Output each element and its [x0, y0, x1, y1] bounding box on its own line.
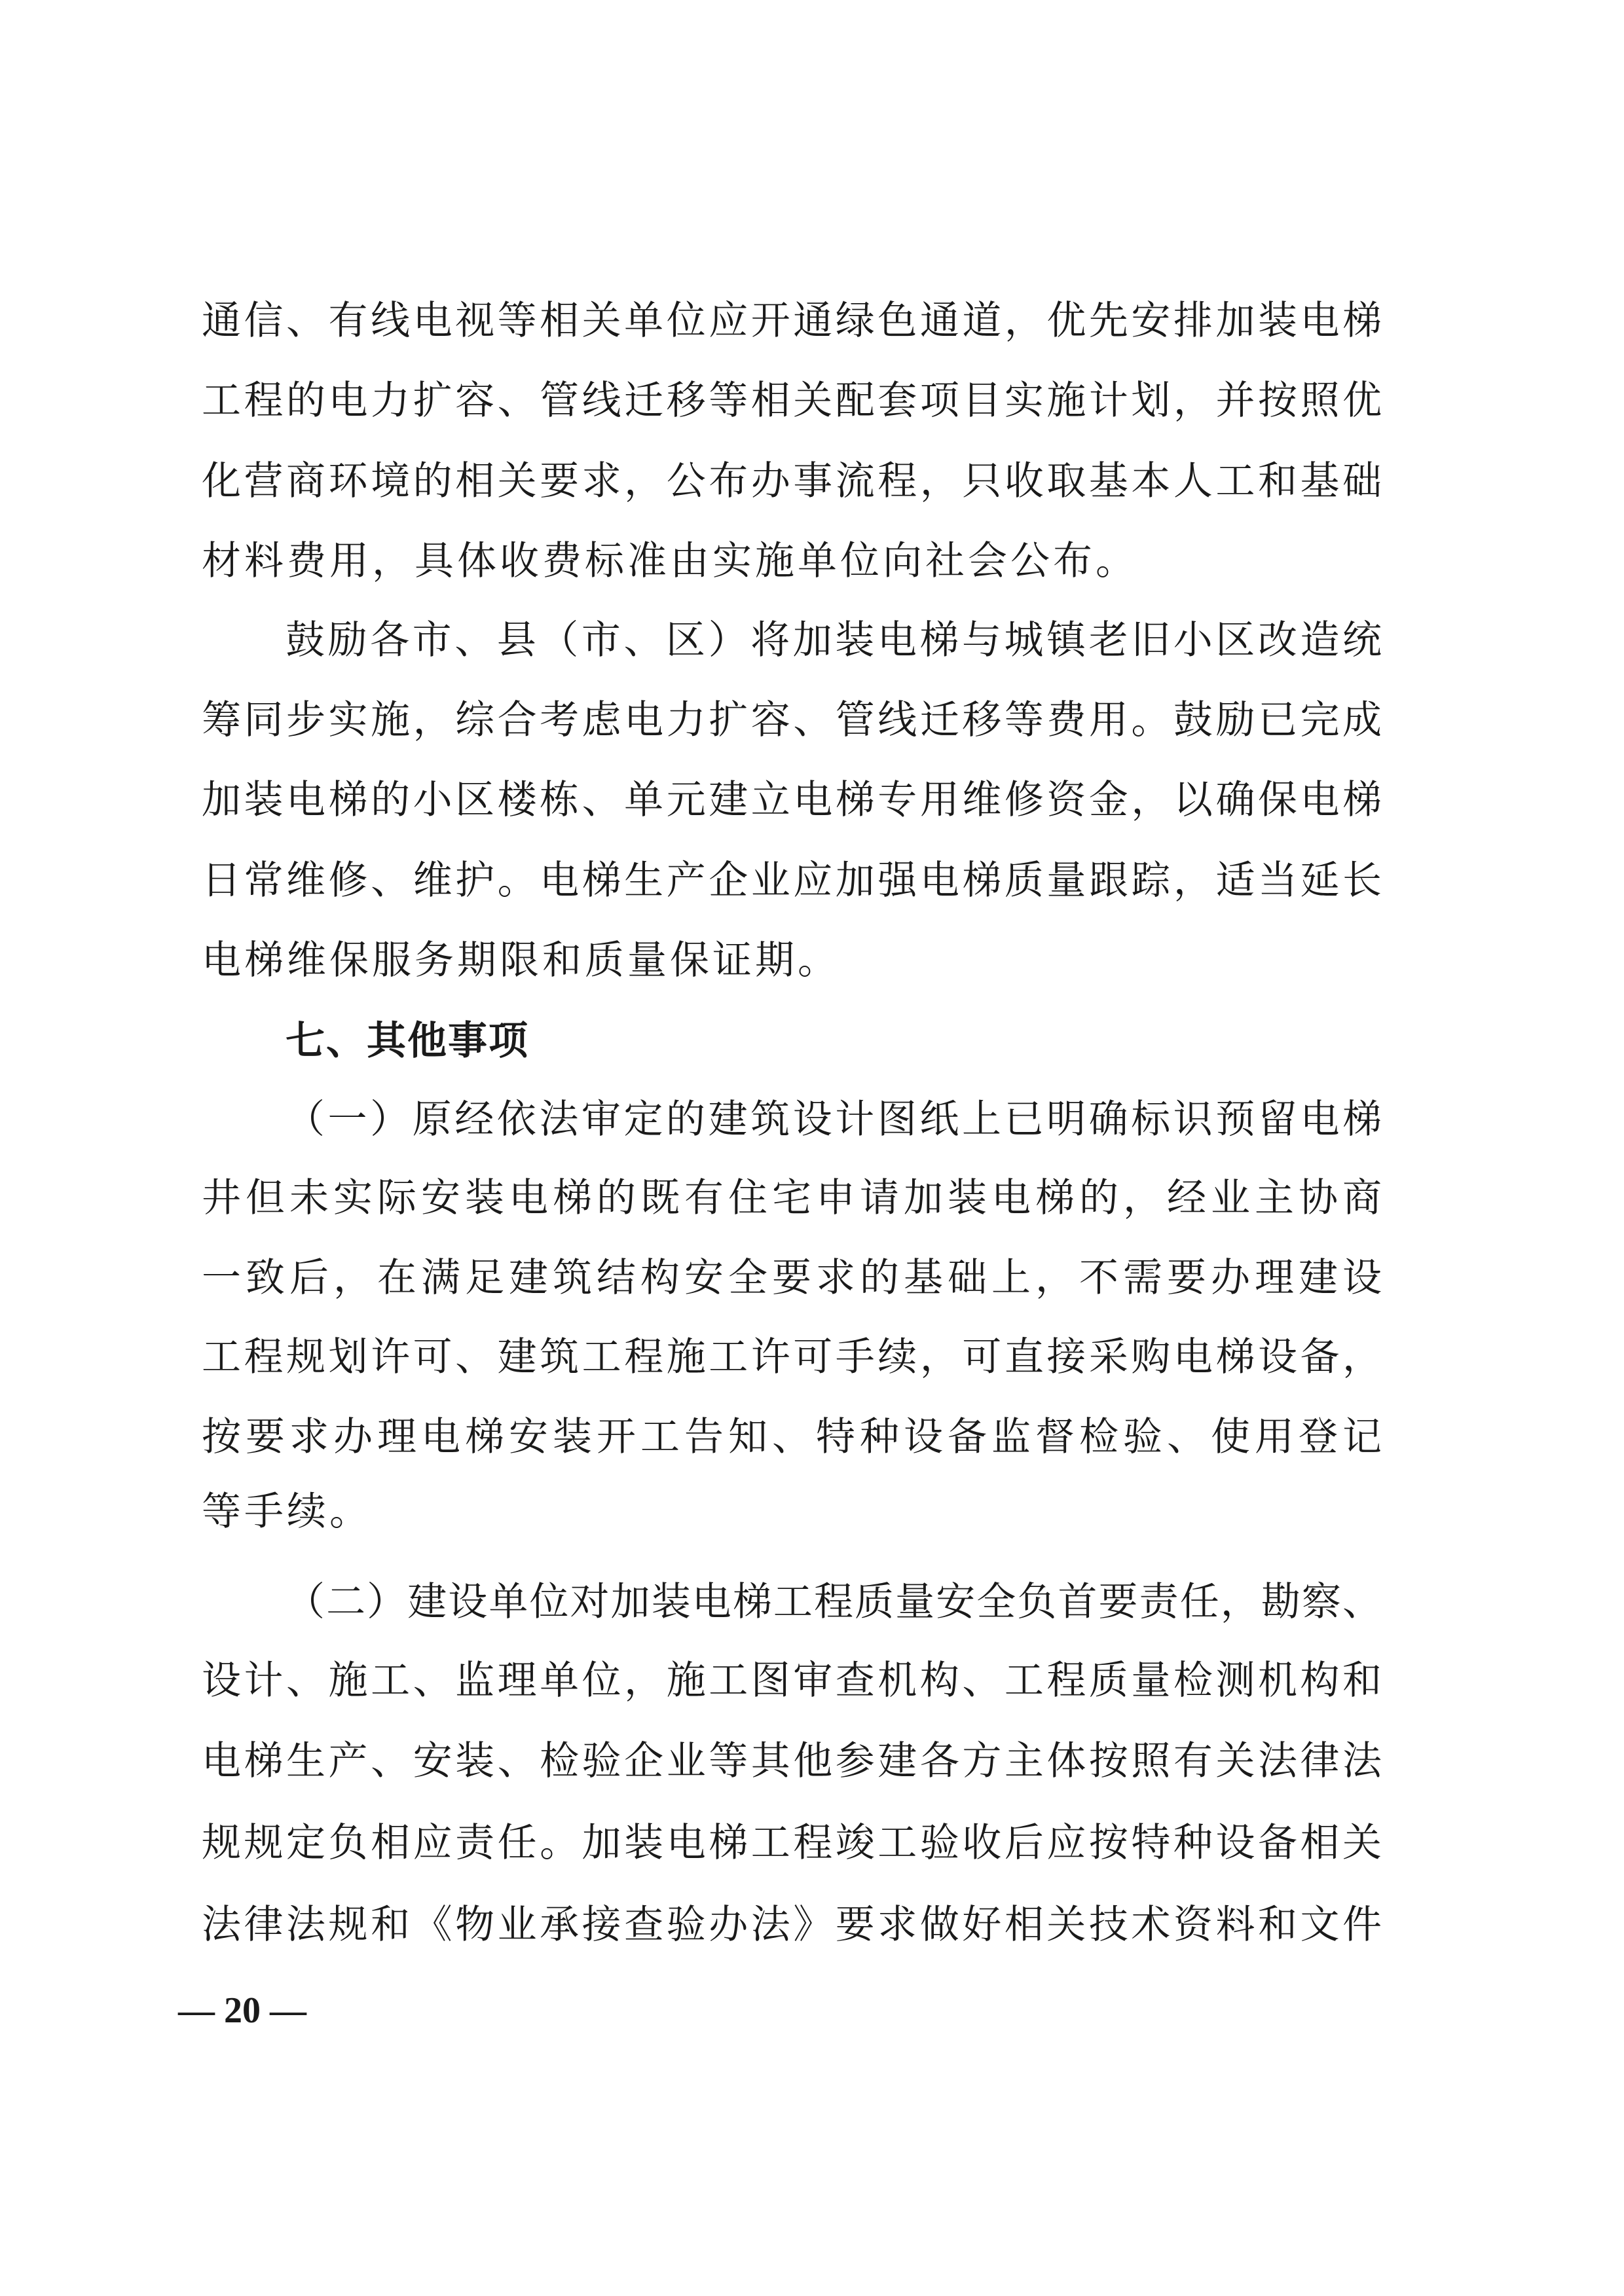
- text-line: 法律法规和《物业承接查验办法》要求做好相关技术资料和文件: [202, 1885, 1382, 1965]
- text-line: 筹同步实施，综合考虑电力扩容、管线迁移等费用。鼓励已完成: [202, 680, 1382, 760]
- text-line: 一致后，在满足建筑结构安全要求的基础上，不需要办理建设: [202, 1238, 1382, 1318]
- text-line: 日常维修、维护。电梯生产企业应加强电梯质量跟踪，适当延长: [202, 841, 1382, 920]
- page-number: — 20 —: [178, 1988, 306, 2033]
- text-line: （一）原经依法审定的建筑设计图纸上已明确标识预留电梯: [286, 1080, 1382, 1159]
- section-heading: 七、其他事项: [286, 1001, 529, 1081]
- text-line: 电梯维保服务期限和质量保证期。: [202, 920, 1382, 1000]
- text-line: 井但未实际安装电梯的既有住宅申请加装电梯的，经业主协商: [202, 1158, 1382, 1238]
- text-line: 按要求办理电梯安装开工告知、特种设备监督检验、使用登记: [202, 1397, 1382, 1477]
- text-line: （二）建设单位对加装电梯工程质量安全负首要责任，勘察、: [286, 1562, 1382, 1642]
- text-line: 规规定负相应责任。加装电梯工程竣工验收后应按特种设备相关: [202, 1803, 1382, 1883]
- text-line: 通信、有线电视等相关单位应开通绿色通道，优先安排加装电梯: [202, 281, 1382, 361]
- text-line: 设计、施工、监理单位，施工图审查机构、工程质量检测机构和: [202, 1641, 1382, 1721]
- text-line: 加装电梯的小区楼栋、单元建立电梯专用维修资金，以确保电梯: [202, 760, 1382, 840]
- text-line: 电梯生产、安装、检验企业等其他参建各方主体按照有关法律法: [202, 1721, 1382, 1801]
- text-line: 工程规划许可、建筑工程施工许可手续，可直接采购电梯设备，: [202, 1317, 1382, 1397]
- text-line: 化营商环境的相关要求，公布办事流程，只收取基本人工和基础: [202, 441, 1382, 521]
- text-line: 材料费用，具体收费标准由实施单位向社会公布。: [202, 521, 1382, 601]
- document-page: 通信、有线电视等相关单位应开通绿色通道，优先安排加装电梯 工程的电力扩容、管线迁…: [0, 0, 1624, 2296]
- text-line: 等手续。: [202, 1472, 1382, 1552]
- text-line: 鼓励各市、县（市、区）将加装电梯与城镇老旧小区改造统: [286, 600, 1382, 680]
- text-line: 工程的电力扩容、管线迁移等相关配套项目实施计划，并按照优: [202, 361, 1382, 441]
